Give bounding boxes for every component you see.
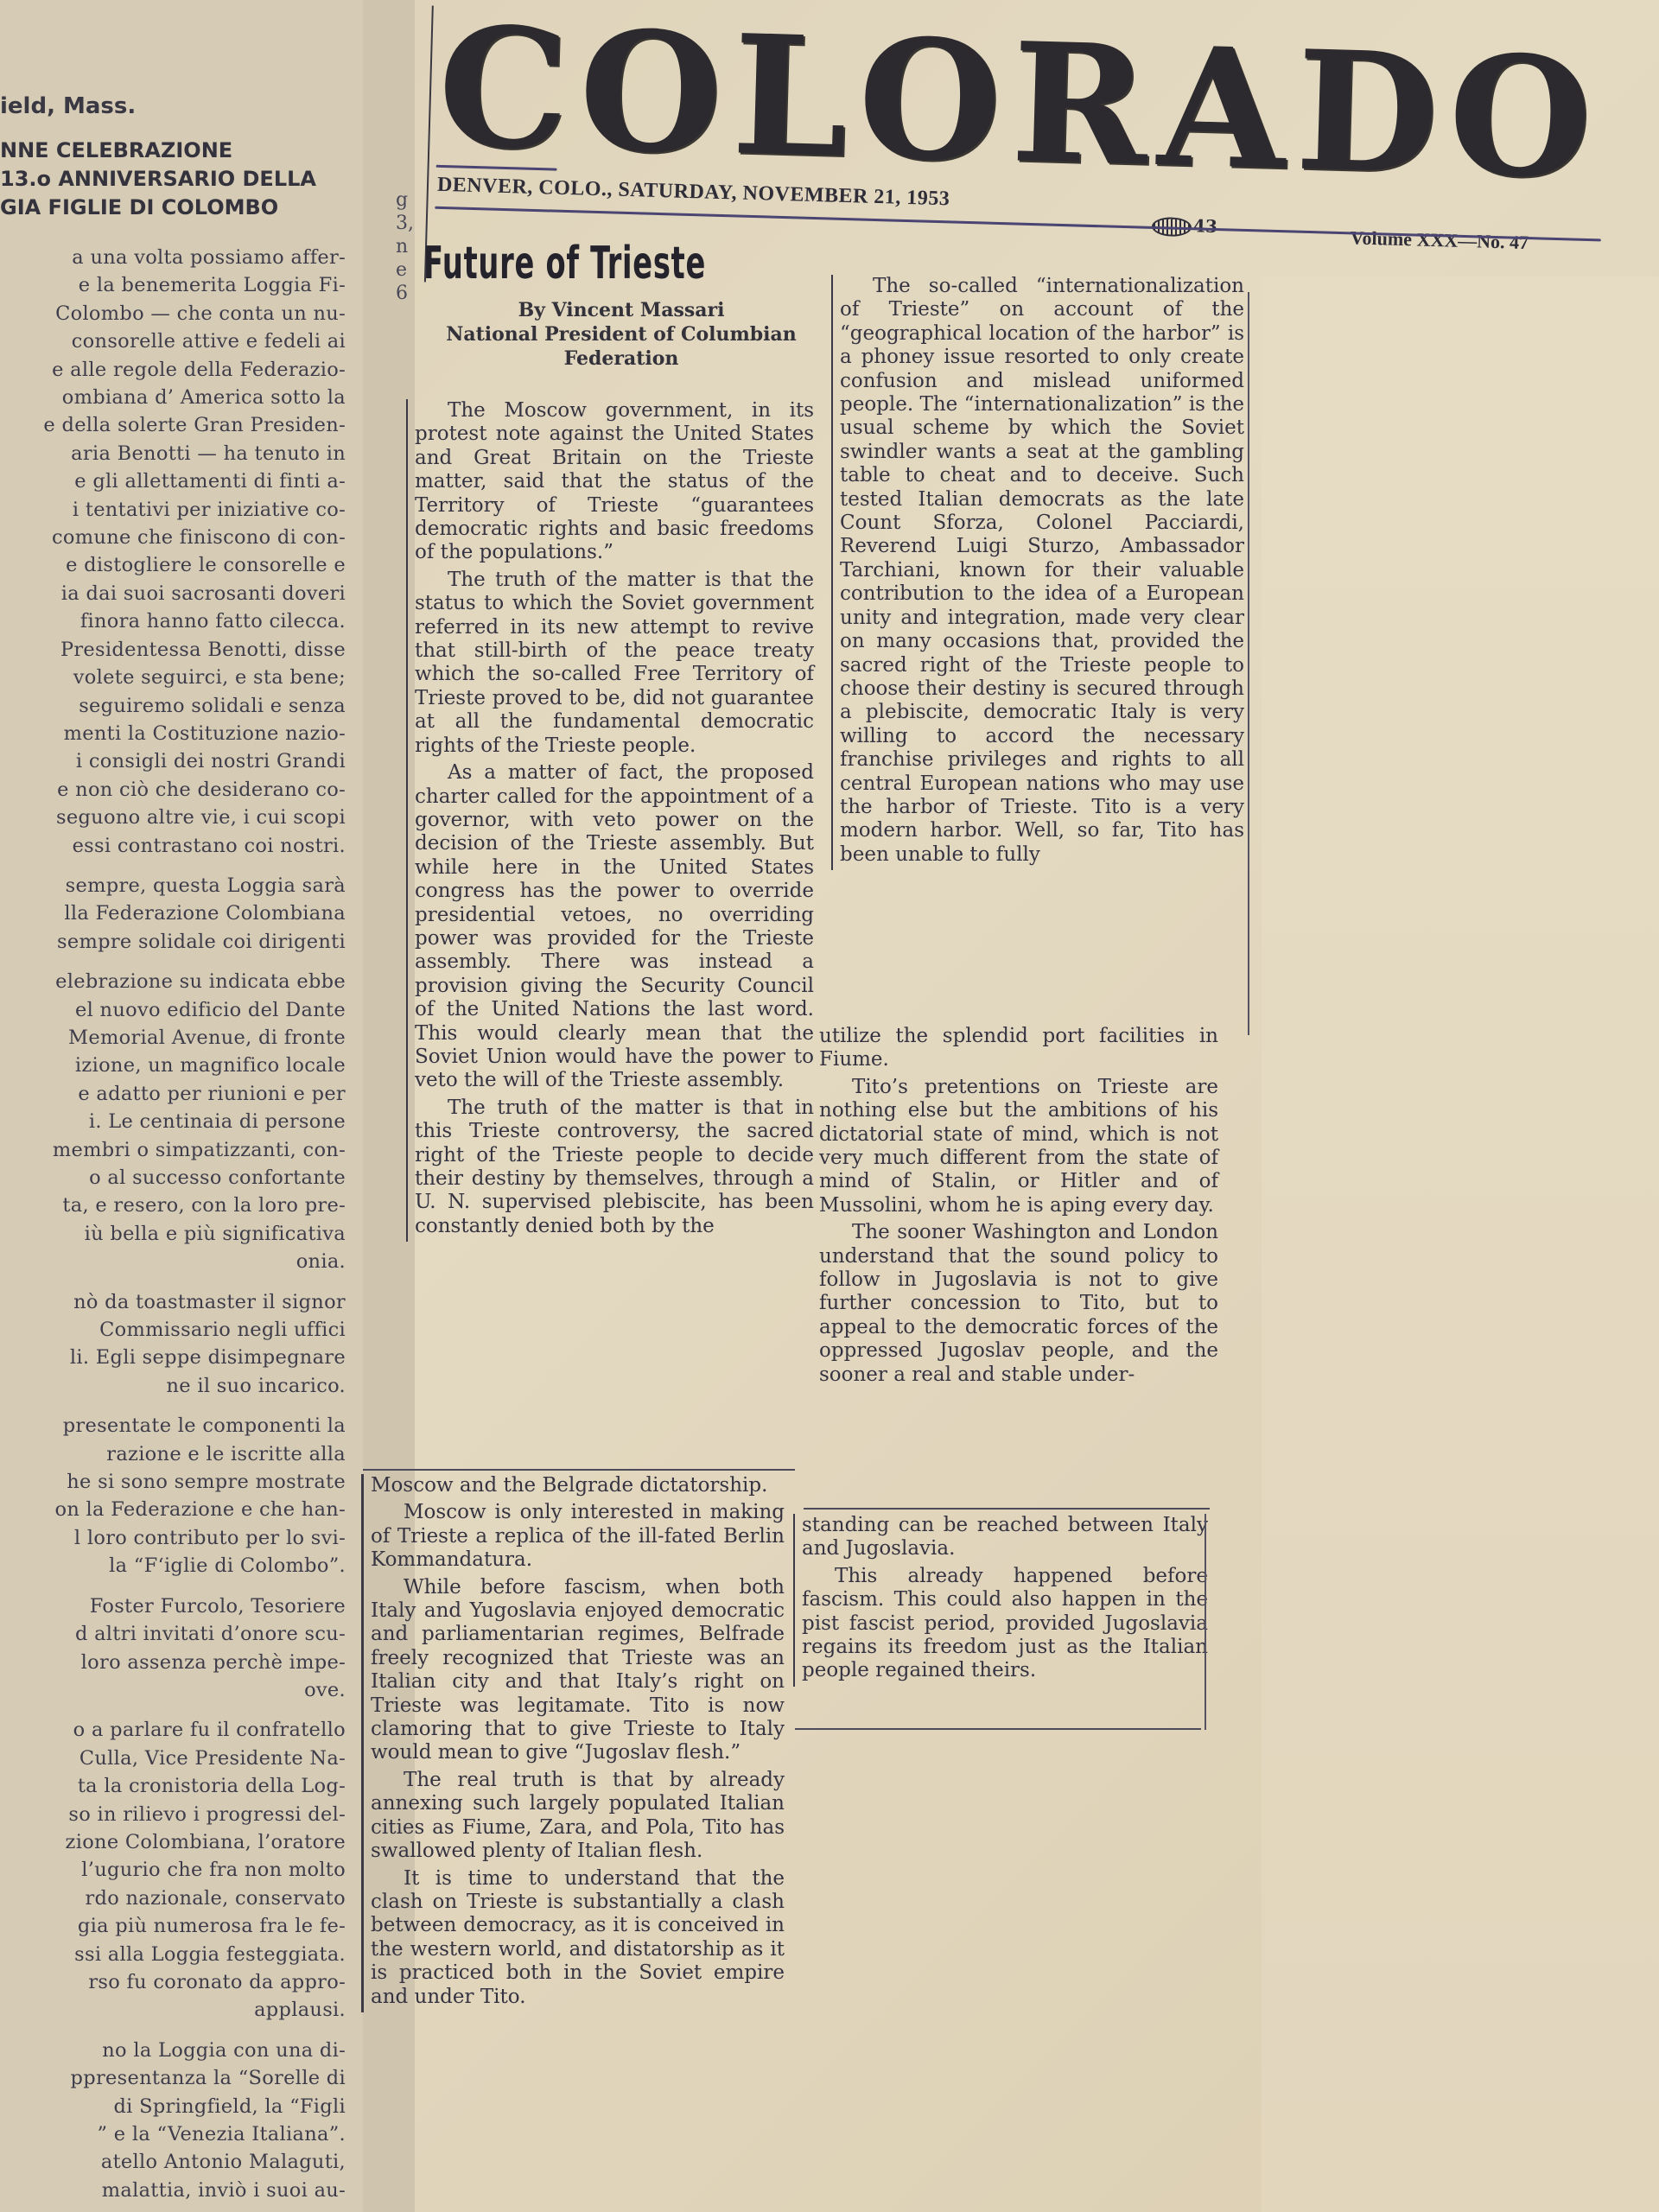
text-line: li. Egli seppe disimpegnare xyxy=(0,1344,346,1371)
article-paragraph: standing can be reached between Italy an… xyxy=(802,1514,1208,1561)
text-line: o al successo confortante xyxy=(0,1164,346,1192)
article-paragraph: The real truth is that by already annexi… xyxy=(371,1769,785,1864)
text-line: essi contrastano coi nostri. xyxy=(0,832,346,860)
article-byline: By Vincent Massari xyxy=(423,298,819,322)
italian-paragraph: Foster Furcolo, Tesoriered altri invitat… xyxy=(0,1592,346,1705)
text-line: lla Federazione Colombiana xyxy=(0,899,346,927)
text-line: o a parlare fu il confratello xyxy=(0,1716,346,1744)
text-line: l’ugurio che fra non molto xyxy=(0,1856,346,1884)
text-line: ne il suo incarico. xyxy=(0,1372,346,1400)
text-line: ta, e resero, con la loro pre- xyxy=(0,1192,346,1219)
text-line: membri o simpatizzanti, con- xyxy=(0,1136,346,1164)
author-title: National President of Columbian Federati… xyxy=(423,322,819,371)
text-line: consorelle attive e fedeli ai xyxy=(0,327,346,355)
italian-dateline: ield, Mass. xyxy=(0,93,136,119)
article-paragraph: As a matter of fact, the proposed charte… xyxy=(415,761,814,1093)
text-line: e della solerte Gran Presiden- xyxy=(0,411,346,439)
text-line: presentate le componenti la xyxy=(0,1412,346,1440)
text-line: finora hanno fatto cilecca. xyxy=(0,607,346,635)
text-line: zione Colombiana, l’oratore xyxy=(0,1828,346,1856)
text-line: he si sono sempre mostrate xyxy=(0,1468,346,1496)
italian-headline-line: 13.o ANNIVERSARIO DELLA xyxy=(0,165,316,194)
text-line: ppresentanza la “Sorelle di xyxy=(0,2064,346,2092)
text-line: Presidentessa Benotti, disse xyxy=(0,636,346,664)
text-line: elebrazione su indicata ebbe xyxy=(0,968,346,995)
text-line: izione, un magnifico locale xyxy=(0,1052,346,1079)
text-line: nò da toastmaster il signor xyxy=(0,1288,346,1316)
text-line: seguono altre vie, i cui scopi xyxy=(0,804,346,831)
article-paragraph: It is time to understand that the clash … xyxy=(371,1867,785,2009)
text-line: Foster Furcolo, Tesoriere xyxy=(0,1592,346,1620)
text-line: a una volta possiamo affer- xyxy=(0,244,346,271)
italian-paragraph: presentate le componenti larazione e le … xyxy=(0,1412,346,1580)
text-line: menti la Costituzione nazio- xyxy=(0,720,346,747)
article-paragraph: Moscow is only interested in making of T… xyxy=(371,1501,785,1572)
text-line: atello Antonio Malaguti, xyxy=(0,2148,346,2176)
text-line: aria Benotti — ha tenuto in xyxy=(0,440,346,467)
text-line: loro assenza perchè impe- xyxy=(0,1649,346,1676)
article-paragraph: The truth of the matter is that the stat… xyxy=(415,569,814,758)
italian-paragraph: elebrazione su indicata ebbeel nuovo edi… xyxy=(0,968,346,1275)
text-line: comune che finiscono di con- xyxy=(0,524,346,551)
text-line: malattia, inviò i suoi au- xyxy=(0,2177,346,2204)
text-line: ia dai suoi sacrosanti doveri xyxy=(0,580,346,607)
text-line: rso fu coronato da appro- xyxy=(0,1968,346,1996)
clipping-cut-line xyxy=(795,1728,1201,1730)
issue-seal: 43 xyxy=(1152,214,1217,238)
clipping-cut-line xyxy=(363,1469,795,1471)
text-line: rdo nazionale, conservato xyxy=(0,1885,346,1912)
text-line: i consigli dei nostri Grandi xyxy=(0,747,346,775)
text-line: ove. xyxy=(0,1676,346,1704)
blank-scrapbook-page xyxy=(1262,276,1659,2212)
article-paragraph: Moscow and the Belgrade dictatorship. xyxy=(371,1474,785,1497)
text-line: volete seguirci, e sta bene; xyxy=(0,664,346,691)
text-line: Memorial Avenue, di fronte xyxy=(0,1024,346,1052)
text-line: gia più numerosa fra le fe- xyxy=(0,1912,346,1940)
clipping-cut-line xyxy=(804,1508,1210,1510)
newspaper-masthead: COLORADO xyxy=(435,1,1604,207)
text-line: la “F‘iglie di Colombo”. xyxy=(0,1552,346,1580)
italian-paragraph: no la Loggia con una di-ppresentanza la … xyxy=(0,2037,346,2204)
article-paragraph: This already happened before fascism. Th… xyxy=(802,1565,1208,1683)
text-line: i. Le centinaia di persone xyxy=(0,1108,346,1135)
text-line: l loro contributo per lo svi- xyxy=(0,1524,346,1552)
article-column-1: The Moscow government, in its protest no… xyxy=(406,399,814,1242)
italian-paragraph: o a parlare fu il confratelloCulla, Vice… xyxy=(0,1716,346,2024)
italian-headline: NNE CELEBRAZIONE13.o ANNIVERSARIO DELLAG… xyxy=(0,137,316,222)
text-line: no la Loggia con una di- xyxy=(0,2037,346,2064)
text-line: di Springfield, la “Figli xyxy=(0,2093,346,2120)
text-line: ombiana d’ America sotto la xyxy=(0,384,346,411)
text-line: i tentativi per iniziative co- xyxy=(0,496,346,524)
text-line: el nuovo edificio del Dante xyxy=(0,996,346,1024)
article-paragraph: The Moscow government, in its protest no… xyxy=(415,399,814,565)
text-line: ssi alla Loggia festeggiata. xyxy=(0,1941,346,1968)
text-line: e la benemerita Loggia Fi- xyxy=(0,271,346,299)
italian-body: a una volta possiamo affer-e la benemeri… xyxy=(0,244,346,2212)
italian-paragraph: a una volta possiamo affer-e la benemeri… xyxy=(0,244,346,860)
text-line: on la Federazione e che han- xyxy=(0,1496,346,1523)
article-paragraph: utilize the splendid port facilities in … xyxy=(819,1025,1218,1072)
text-line: ” e la “Venezia Italiana”. xyxy=(0,2120,346,2148)
text-line: e adatto per riunioni e per xyxy=(0,1080,346,1108)
text-line: sempre, questa Loggia sarà xyxy=(0,872,346,899)
article-paragraph: The so-called “internationalization of T… xyxy=(840,275,1244,867)
article-title: Future of Trieste xyxy=(423,238,709,289)
divider-rule xyxy=(435,207,1601,242)
text-line: sempre solidale coi dirigenti xyxy=(0,928,346,956)
text-line: iù bella e più significativa xyxy=(0,1220,346,1248)
text-line: e distogliere le consorelle e xyxy=(0,551,346,579)
italian-paragraph: nò da toastmaster il signorCommissario n… xyxy=(0,1288,346,1401)
article-paragraph: Tito’s pretentions on Trieste are nothin… xyxy=(819,1076,1218,1217)
text-line: seguiremo solidali e senza xyxy=(0,692,346,720)
article-paragraph: While before fascism, when both Italy an… xyxy=(371,1576,785,1765)
article-paragraph: The sooner Washington and London underst… xyxy=(819,1221,1218,1387)
article-header: Future of Trieste By Vincent Massari Nat… xyxy=(413,238,819,371)
volume-number: Volume XXX—No. 47 xyxy=(1350,226,1529,254)
text-line: razione e le iscritte alla xyxy=(0,1440,346,1468)
text-line: Commissario negli uffici xyxy=(0,1316,346,1344)
article-column-2-final: standing can be reached between Italy an… xyxy=(793,1514,1208,1687)
article-column-2: The so-called “internationalization of T… xyxy=(831,275,1244,870)
text-line: e alle regole della Federazio- xyxy=(0,356,346,384)
text-line: Colombo — che conta un nu- xyxy=(0,300,346,327)
article-column-1-continued: Moscow and the Belgrade dictatorship.Mos… xyxy=(361,1474,785,2012)
text-line: e non ciò che desiderano co- xyxy=(0,776,346,804)
text-line: onia. xyxy=(0,1248,346,1275)
text-line: Culla, Vice Presidente Na- xyxy=(0,1745,346,1772)
text-line: e gli allettamenti di finti a- xyxy=(0,467,346,495)
article-paragraph: The truth of the matter is that in this … xyxy=(415,1096,814,1238)
text-line: applausi. xyxy=(0,1996,346,2024)
text-line: ta la cronistoria della Log- xyxy=(0,1772,346,1800)
text-line: so in rilievo i progressi del- xyxy=(0,1801,346,1828)
text-line: d altri invitati d’onore scu- xyxy=(0,1620,346,1648)
italian-clipping: ield, Mass. NNE CELEBRAZIONE13.o ANNIVER… xyxy=(0,0,365,2212)
italian-headline-line: NNE CELEBRAZIONE xyxy=(0,137,316,165)
article-column-2-continued: utilize the splendid port facilities in … xyxy=(812,1025,1218,1390)
seal-number: 43 xyxy=(1193,215,1218,237)
italian-paragraph: sempre, questa Loggia saràlla Federazion… xyxy=(0,872,346,956)
italian-headline-line: GIA FIGLIE DI COLOMBO xyxy=(0,194,316,222)
